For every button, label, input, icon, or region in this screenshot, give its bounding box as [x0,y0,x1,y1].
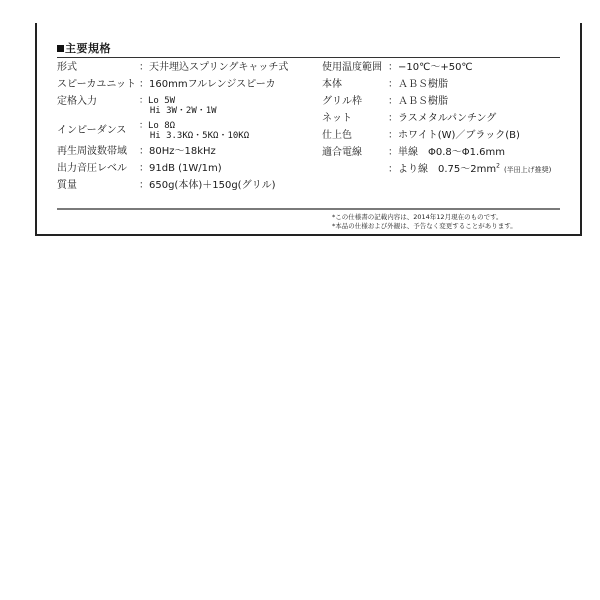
section-title: 主要規格 [57,40,111,56]
footer-divider [57,208,560,210]
spec-row-body: 本体 ：ＡＢＳ樹脂 [322,79,572,91]
spec-row-grille-frame: グリル枠 ：ＡＢＳ樹脂 [322,96,572,108]
spec-row-wire-stranded: ：より線 0.75～2mm2(半田上げ推奨) [322,164,572,176]
spec-row-operating-temp: 使用温度範囲 ：−10℃～+50℃ [322,62,572,74]
spec-row-finish-color: 仕上色 ：ホワイト(W)／ブラック(B) [322,130,572,142]
spec-row-wire-solid: 適合電線 ：単線 Φ0.8～Φ1.6mm [322,147,572,159]
square-bullet-icon [57,45,64,52]
footnotes: *この仕様書の記載内容は、2014年12月現在のものです。 *本品の仕様および外… [332,213,517,231]
spec-row-weight: 質量 ：650g(本体)＋150g(グリル) [57,180,307,192]
spec-row-impedance: インピーダンス ：Lo 8Ω Hi 3.3KΩ・5KΩ・10KΩ [57,121,307,141]
title-underline [57,57,560,58]
footnote-change-notice: *本品の仕様および外観は、予告なく変更することがあります。 [332,222,517,231]
spec-column-right: 使用温度範囲 ：−10℃～+50℃ 本体 ：ＡＢＳ樹脂 グリル枠 ：ＡＢＳ樹脂 … [322,62,572,181]
spec-row-sensitivity: 出力音圧レベル ：91dB (1W/1m) [57,163,307,175]
spec-row-net: ネット ：ラスメタルパンチング [322,113,572,125]
spec-row-type: 形式 ：天井埋込スプリングキャッチ式 [57,62,307,74]
spec-row-rated-input: 定格入力 ：Lo 5W Hi 3W・2W・1W [57,96,307,116]
footnote-date: *この仕様書の記載内容は、2014年12月現在のものです。 [332,213,517,222]
spec-row-frequency-range: 再生周波数帯域 ：80Hz～18kHz [57,146,307,158]
spec-row-speaker-unit: スピーカユニット ：160mmフルレンジスピーカ [57,79,307,91]
spec-column-left: 形式 ：天井埋込スプリングキャッチ式 スピーカユニット ：160mmフルレンジス… [57,62,307,197]
